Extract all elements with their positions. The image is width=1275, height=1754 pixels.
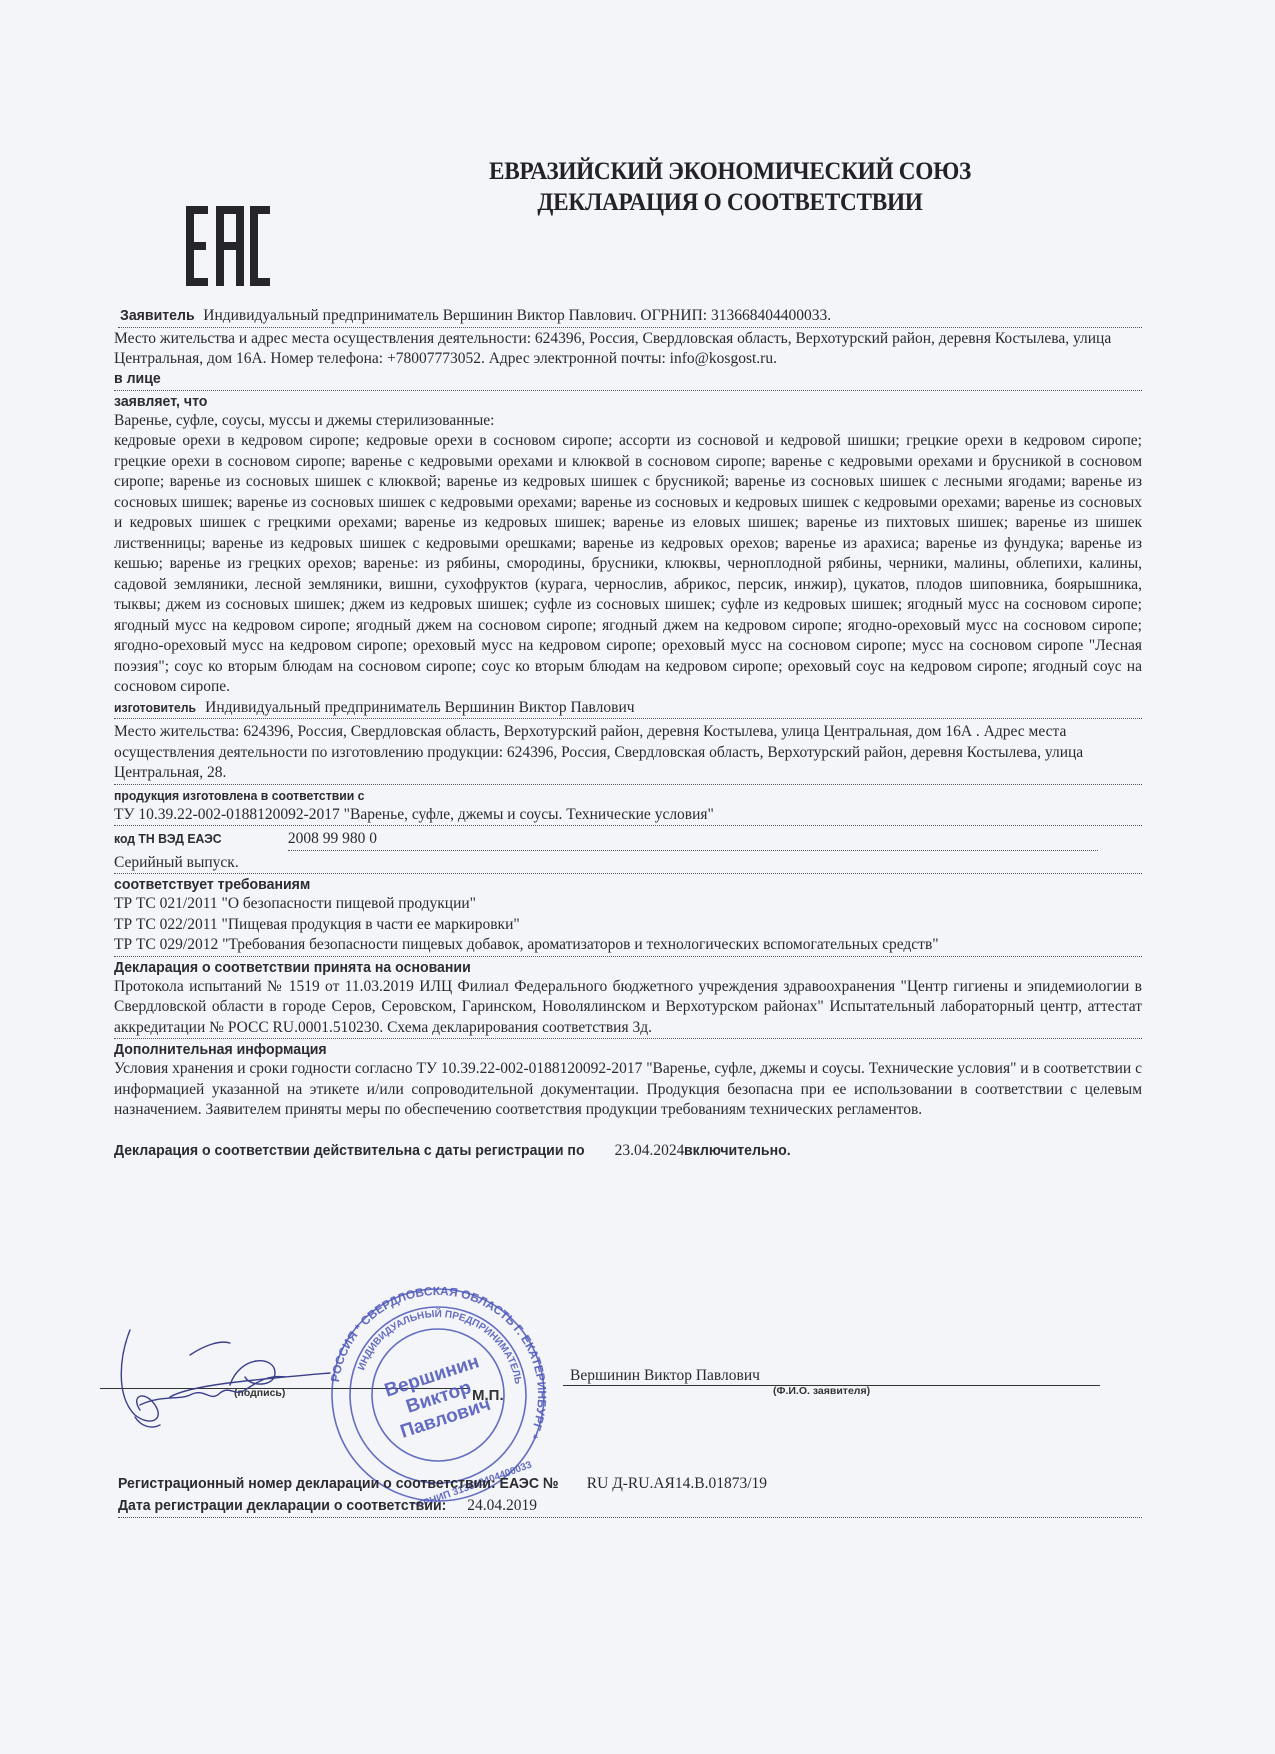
title-declaration: ДЕКЛАРАЦИЯ О СООТВЕТСТВИИ — [442, 187, 1019, 218]
registration-date-row: Дата регистрации декларации о соответств… — [118, 1496, 1142, 1518]
basis-value: Протокола испытаний № 1519 от 11.03.2019… — [114, 977, 1142, 1040]
manufacturer-address: Место жительства: 624396, Россия, Свердл… — [114, 722, 1142, 785]
additional-label: Дополнительная информация — [114, 1041, 327, 1058]
requirements-label: соответствует требованиям — [114, 876, 310, 893]
applicant-value: Индивидуальный предприниматель Вершинин … — [203, 307, 831, 324]
eac-mark-icon — [186, 206, 270, 286]
declares-section: заявляет, что Варенье, суфле, соусы, мус… — [114, 393, 1142, 698]
declaration-body: Заявитель Индивидуальный предприниматель… — [118, 306, 1142, 1161]
basis-section: Декларация о соответствии принята на осн… — [114, 959, 1142, 1040]
basis-label: Декларация о соответствии принята на осн… — [114, 959, 471, 976]
registration-date-label: Дата регистрации декларации о соответств… — [118, 1497, 446, 1514]
release-type: Серийный выпуск. — [114, 853, 1142, 875]
manufacturer-value: Индивидуальный предприниматель Вершинин … — [205, 699, 634, 716]
registration-number-row: Регистрационный номер декларации о соотв… — [118, 1474, 1142, 1495]
registration-number-label: Регистрационный номер декларации о соотв… — [118, 1475, 559, 1492]
handwritten-signature — [110, 1325, 340, 1435]
applicant-name: Вершинин Виктор Павлович — [570, 1366, 760, 1387]
applicant-address: Место жительства и адрес места осуществл… — [114, 329, 1142, 370]
registration-date-value: 24.04.2019 — [467, 1497, 537, 1514]
represented-by-label: в лице — [114, 370, 161, 387]
additional-value: Условия хранения и сроки годности соглас… — [114, 1059, 1142, 1121]
applicant-row: Заявитель Индивидуальный предприниматель… — [118, 306, 1142, 328]
represented-by-row: в лице — [114, 370, 1142, 391]
validity-suffix: включительно. — [684, 1142, 791, 1159]
name-caption: (Ф.И.О. заявителя) — [773, 1385, 870, 1397]
applicant-label: Заявитель — [120, 306, 195, 327]
document-title: ЕВРАЗИЙСКИЙ ЭКОНОМИЧЕСКИЙ СОЮЗ ДЕКЛАРАЦИ… — [442, 156, 1019, 218]
produced-per-section: продукция изготовлена в соответствии с Т… — [114, 787, 1142, 827]
official-stamp: РОССИЯ * СВЕРДЛОВСКАЯ ОБЛАСТЬ Г. ЕКАТЕРИ… — [318, 1285, 558, 1505]
tn-ved-label: код ТН ВЭД ЕАЭС — [114, 829, 274, 850]
registration-number-value: RU Д-RU.АЯ14.В.01873/19 — [587, 1475, 767, 1492]
declaration-page: ЕВРАЗИЙСКИЙ ЭКОНОМИЧЕСКИЙ СОЮЗ ДЕКЛАРАЦИ… — [0, 0, 1275, 1754]
produced-per-value: ТУ 10.39.22-002-0188120092-2017 "Варенье… — [114, 805, 1142, 827]
validity-row: Декларация о соответствии действительна … — [114, 1141, 1142, 1162]
product-title: Варенье, суфле, соусы, муссы и джемы сте… — [114, 411, 1142, 432]
tn-ved-row: код ТН ВЭД ЕАЭС 2008 99 980 0 — [114, 829, 1142, 851]
declares-label: заявляет, что — [114, 393, 207, 410]
requirement-item: ТР ТС 022/2011 "Пищевая продукция в част… — [114, 915, 1142, 936]
validity-date: 23.04.2024 — [615, 1142, 685, 1159]
product-list: кедровые орехи в кедровом сиропе; кедров… — [114, 431, 1142, 698]
requirements-section: соответствует требованиям ТР ТС 021/2011… — [114, 876, 1142, 957]
produced-per-label: продукция изготовлена в соответствии с — [114, 788, 364, 803]
requirement-item: ТР ТС 021/2011 "О безопасности пищевой п… — [114, 894, 1142, 915]
title-union: ЕВРАЗИЙСКИЙ ЭКОНОМИЧЕСКИЙ СОЮЗ — [442, 156, 1019, 187]
manufacturer-row: изготовитель Индивидуальный предпринимат… — [114, 698, 1142, 720]
manufacturer-label: изготовитель — [114, 698, 196, 719]
tn-ved-value: 2008 99 980 0 — [288, 829, 1098, 851]
validity-prefix: Декларация о соответствии действительна … — [114, 1142, 585, 1159]
requirement-item: ТР ТС 029/2012 "Требования безопасности … — [114, 935, 1142, 957]
additional-section: Дополнительная информация Условия хранен… — [114, 1041, 1142, 1121]
